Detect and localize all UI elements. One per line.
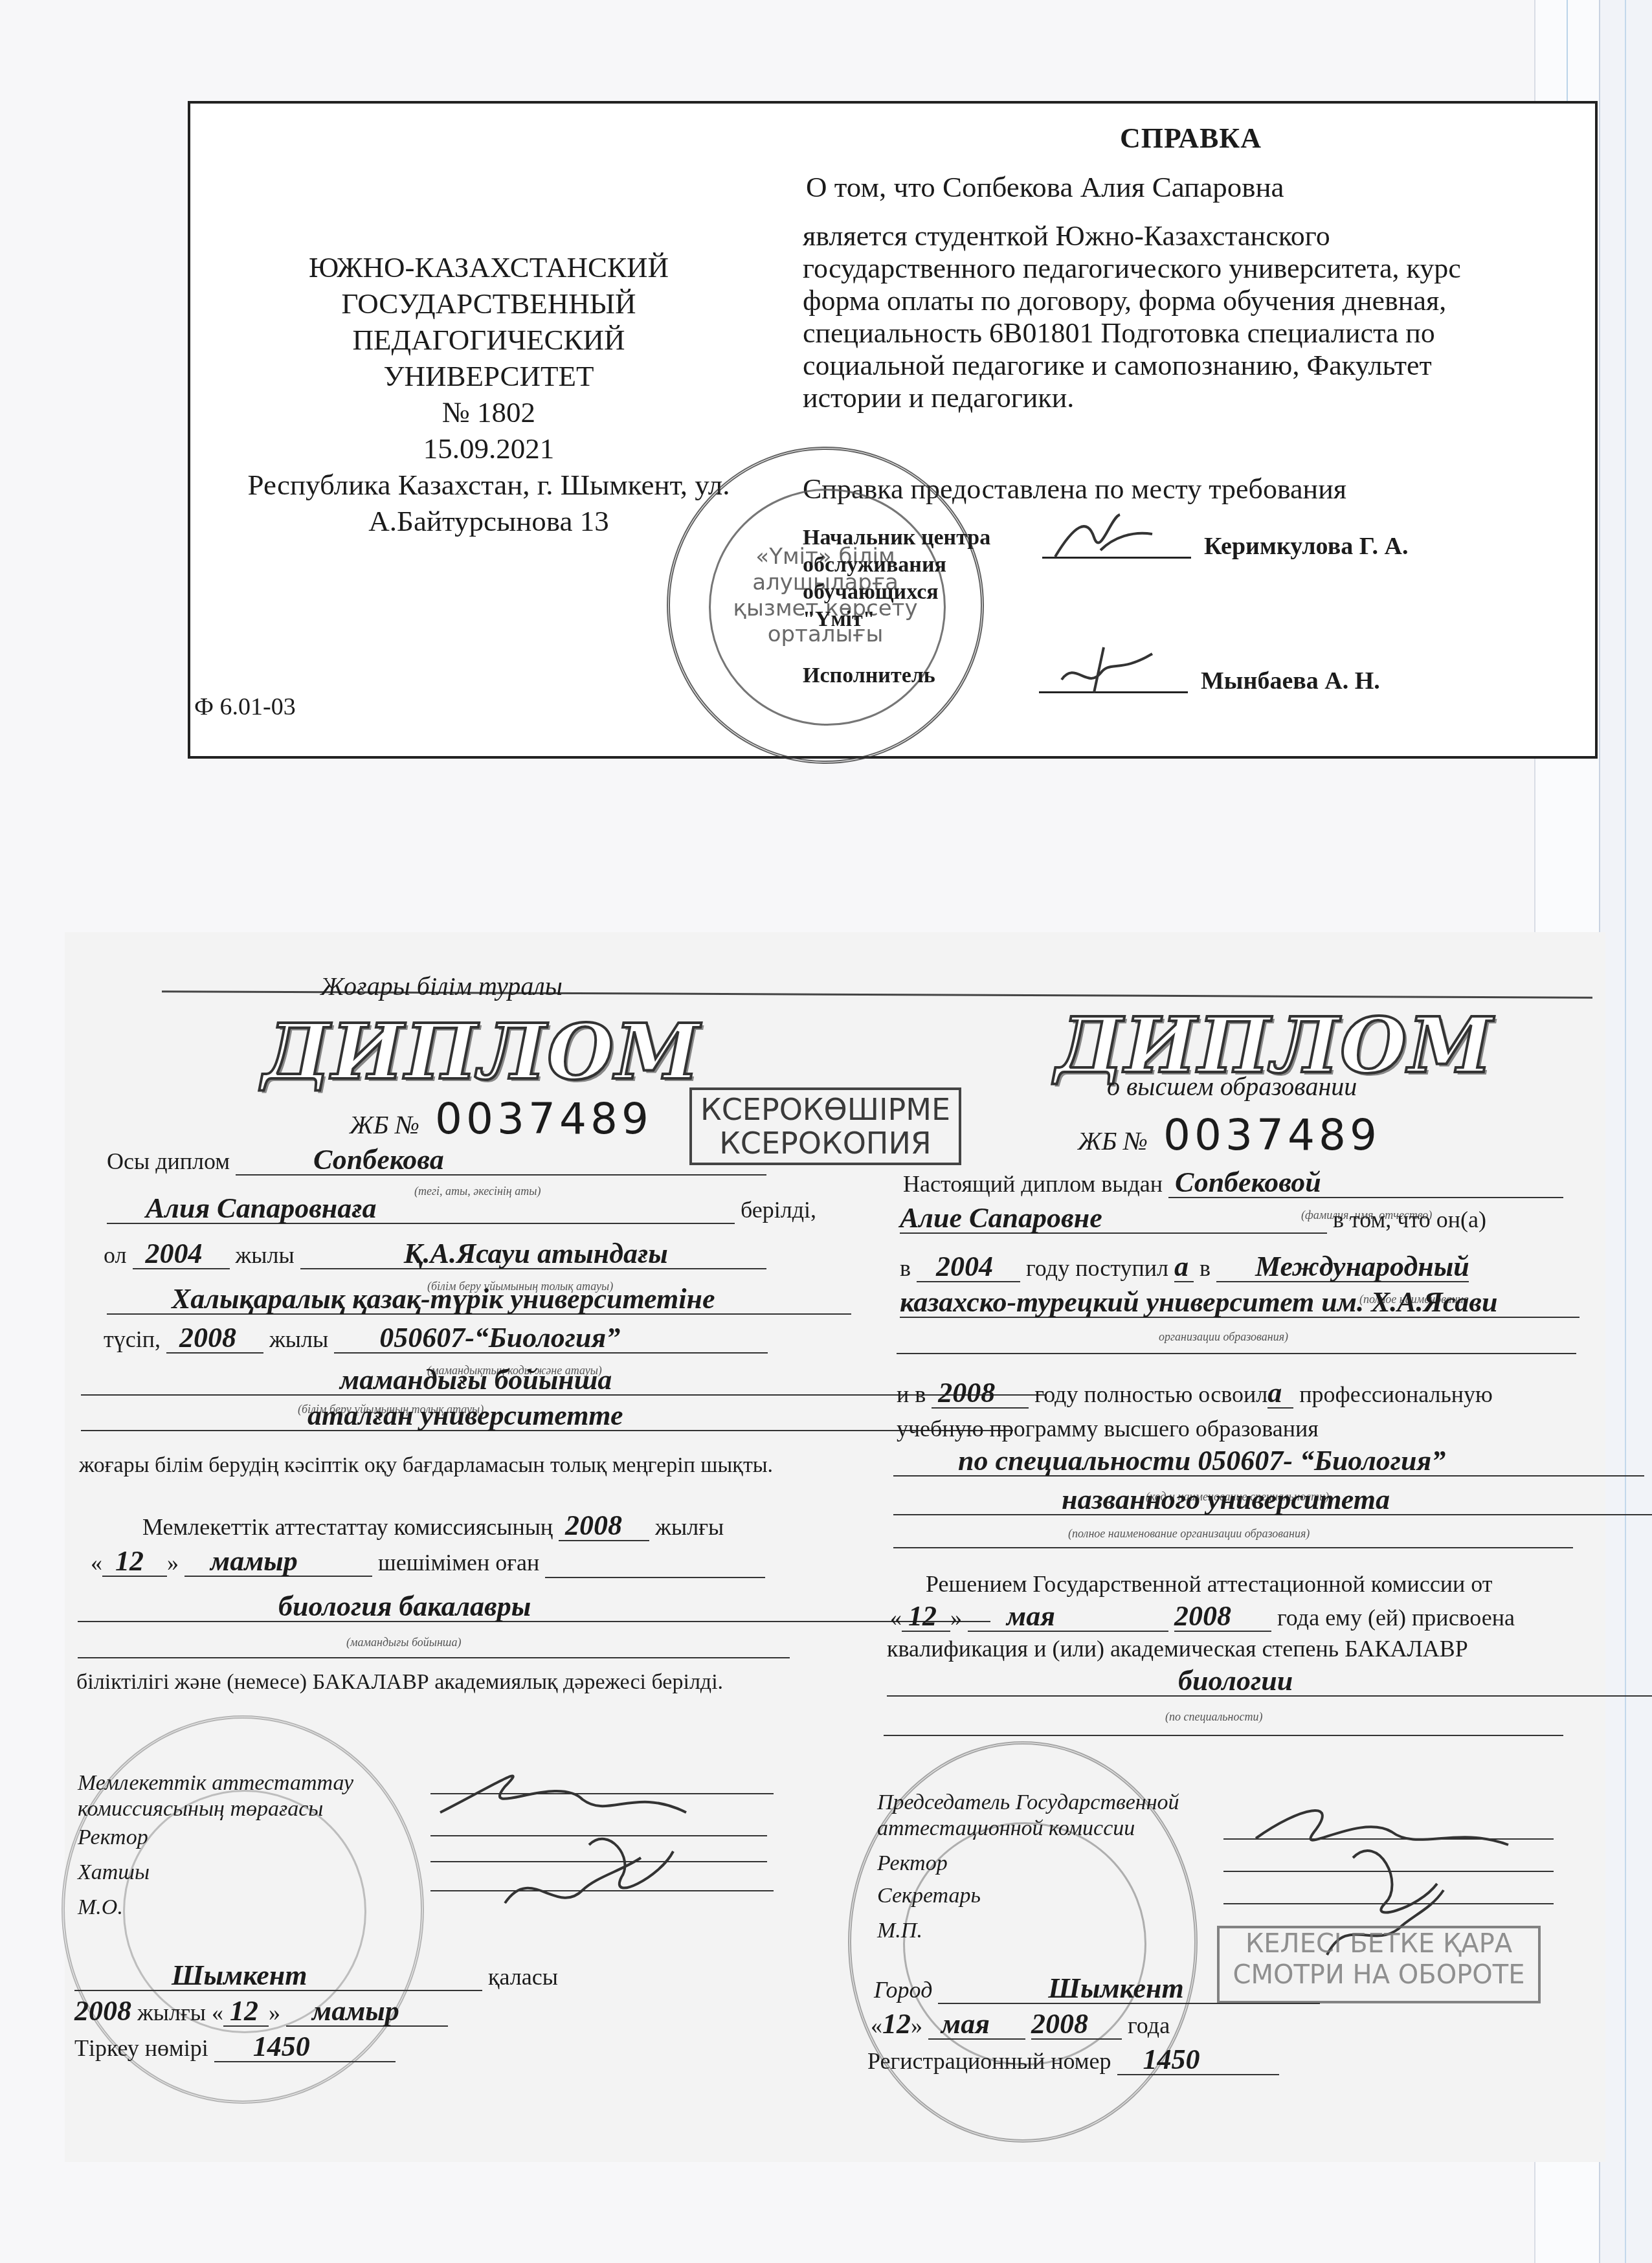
issuer-date: 15.09.2021 [214, 430, 764, 467]
issuer-address: Республика Казахстан, г. Шымкент, ул. [214, 467, 764, 503]
signatory-name: Керимкулова Г. А. [1204, 532, 1409, 561]
kz-sign-roles: Мемлекеттік аттестаттау комиссиясының тө… [78, 1770, 353, 1921]
field-hint: (мамандығы бойынша) [346, 1628, 461, 1656]
form-code: Ф 6.01-03 [194, 693, 296, 721]
certificate-issuer-block: ЮЖНО-КАЗАХСТАНСКИЙ ГОСУДАРСТВЕННЫЙ ПЕДАГ… [214, 249, 764, 539]
issuer-line: ПЕДАГОГИЧЕСКИЙ [214, 322, 764, 358]
body-line: истории и педагогики. [803, 382, 1579, 414]
ru-line-date: «12» мая 2008 года [871, 2010, 1170, 2040]
signatory-role: Начальник центра обслуживания обучающихс… [803, 524, 990, 633]
ruled-line [1625, 0, 1626, 2263]
blank-line [893, 1547, 1573, 1548]
issuer-line: ЮЖНО-КАЗАХСТАНСКИЙ [214, 249, 764, 285]
ru-line-registration: Регистрационный номер 1450 [867, 2046, 1279, 2075]
diploma-number: 0037489 [1163, 1110, 1381, 1160]
ru-line-5: и в 2008 году полностью освоила професси… [897, 1379, 1493, 1409]
field-hint: (полное наименование организации образов… [1068, 1519, 1310, 1548]
ru-line-decision: Решением Государственной аттестационной … [926, 1570, 1492, 1598]
ru-line-1: Настоящий диплом выдан Сопбековой [903, 1168, 1563, 1198]
kz-line-date: 2008 жылғы «12» мамыр [74, 1997, 448, 2027]
signatory-name: Мынбаева А. Н. [1201, 667, 1380, 695]
signature-icon [1049, 641, 1159, 699]
signature-icon [427, 1748, 790, 1929]
ru-line-university: названного университета [893, 1486, 1652, 1515]
kz-line-4: Халықаралық қазақ-түрік университетіне [107, 1285, 851, 1315]
ru-line-2: Алие Сапаровне в том, что он(а) [900, 1204, 1486, 1234]
diploma-ru-number-block: ЖБ № 0037489 [1078, 1110, 1381, 1160]
certificate-body: является студенткой Южно-Казахстанского … [803, 220, 1579, 414]
field-hint: (по специальности) [1165, 1702, 1262, 1731]
certificate-intro: О том, что Сопбекова Алия Сапаровна [806, 170, 1284, 204]
ru-line-decision-date: «12» мая 2008 года ему (ей) присвоена [890, 1602, 1515, 1632]
diploma-kz-title: ДИПЛОМ [262, 1007, 701, 1097]
kz-paragraph-2: біліктілігі және (немесе) БАКАЛАВР акаде… [76, 1670, 788, 1695]
field-hint: организации образования) [1159, 1322, 1288, 1351]
body-line: является студенткой Южно-Казахстанского [803, 220, 1579, 252]
ru-line-specialty: по специальности 050607- “Биология” [893, 1447, 1644, 1477]
kz-line-7: аталған университетте [81, 1401, 1013, 1431]
body-line: специальность 6В01801 Подготовка специал… [803, 317, 1579, 350]
certificate-title: СПРАВКА [1120, 122, 1262, 155]
kz-line-3: ол 2004 жылы Қ.А.Ясауи атындағы [104, 1240, 766, 1269]
issuer-line: УНИВЕРСИТЕТ [214, 358, 764, 394]
ru-sign-roles: Председатель Государственной аттестацион… [877, 1790, 1179, 1944]
signatory-role: Исполнитель [803, 663, 935, 688]
diploma-kz-number-block: ЖБ № 0037489 [350, 1094, 653, 1144]
body-line: форма оплаты по договору, форма обучения… [803, 285, 1579, 317]
kz-line-2: Алия Сапаровнаға берілді, [107, 1194, 816, 1224]
body-line: социальной педагогике и самопознанию, Фа… [803, 350, 1579, 382]
kz-line-commission: Мемлекеттік аттестаттау комиссиясының 20… [142, 1511, 724, 1541]
kz-paragraph-1: жоғары білім берудің кәсіптік оқу бағдар… [79, 1453, 788, 1478]
issuer-number: № 1802 [214, 394, 764, 430]
ru-line-qualification: биологии [887, 1667, 1652, 1697]
kz-line-decision: «12» мамыр шешімімен оған [91, 1547, 765, 1578]
ru-line-6: учебную программу высшего образования [897, 1414, 1319, 1443]
issuer-address: А.Байтурсынова 13 [214, 503, 764, 539]
diploma-number: 0037489 [435, 1094, 653, 1144]
body-line: государственного педагогического универс… [803, 252, 1579, 285]
kz-line-1: Осы диплом Сопбекова [107, 1146, 766, 1176]
ru-line-4: казахско-турецкий университет им. Х.А.Яс… [900, 1288, 1579, 1318]
kz-line-city: Шымкент қаласы [74, 1961, 558, 1991]
blank-line [897, 1353, 1576, 1354]
kz-line-5: түсіп, 2008 жылы 050607-“Биология” [104, 1324, 768, 1354]
ru-line-city: Город Шымкент [874, 1974, 1320, 2004]
kz-line-qualification: биология бакалавры [78, 1592, 990, 1622]
diploma-kz-subtitle: Жоғары білім туралы [320, 971, 563, 1001]
diploma-ru-subtitle: о высшем образовании [1107, 1071, 1357, 1102]
ru-line-degree: квалификация и (или) академическая степе… [887, 1634, 1468, 1663]
blank-line [884, 1735, 1563, 1736]
blank-line [78, 1657, 790, 1658]
issuer-line: ГОСУДАРСТВЕННЫЙ [214, 285, 764, 322]
signature-icon [1049, 511, 1159, 570]
ru-line-3: в 2004 году поступил а в Международный [900, 1253, 1469, 1282]
kz-line-registration: Тіркеу нөмірі 1450 [74, 2033, 396, 2062]
